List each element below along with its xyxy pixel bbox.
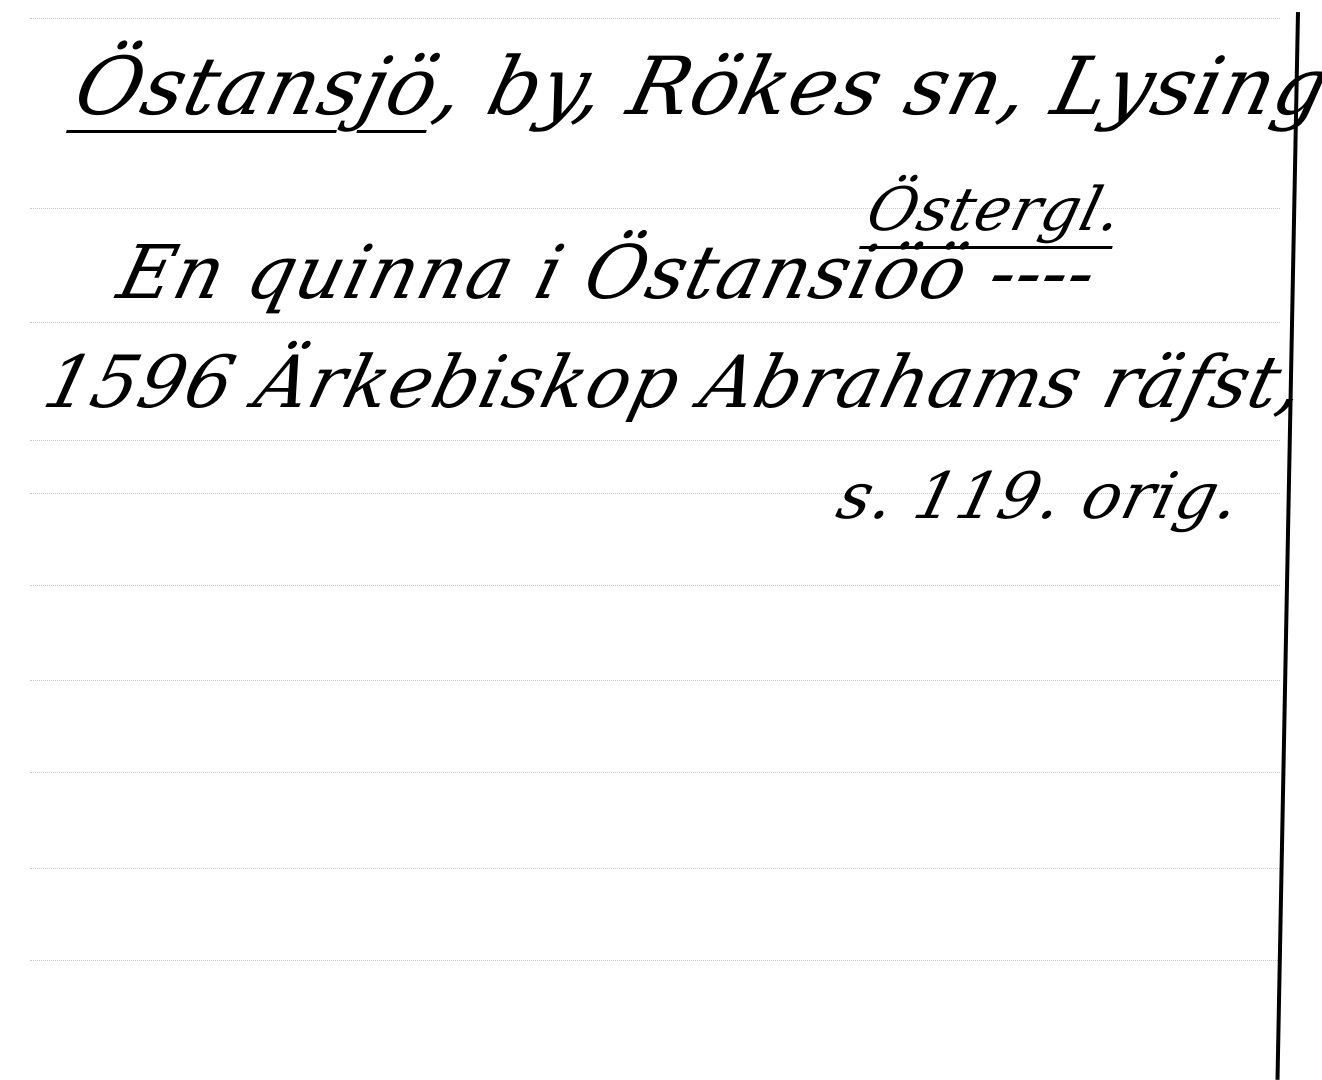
ruling-line	[30, 18, 1280, 19]
card-edge-line	[1275, 12, 1300, 1080]
source-line: 1596 Ärkebiskop Abrahams räfst,	[36, 340, 1314, 424]
ruling-line	[30, 680, 1280, 681]
headword: Östansjö	[66, 40, 449, 133]
ruling-line	[30, 440, 1280, 441]
ruling-line	[30, 960, 1280, 961]
source-year: 1596	[36, 340, 244, 424]
page-reference-line: s. 119. orig.	[830, 460, 1249, 534]
source-title: Ärkebiskop Abrahams räfst,	[247, 340, 1314, 424]
ruling-line	[30, 772, 1280, 773]
ruling-line	[30, 322, 1280, 323]
ruling-line	[30, 868, 1280, 869]
quotation-trailer: ----	[980, 230, 1105, 316]
ruling-line	[30, 585, 1280, 586]
entry-heading-line: Östansjö, by, Rökes sn, Lysingshd,	[66, 40, 1322, 133]
archive-card: Östansjö, by, Rökes sn, Lysingshd, Öster…	[0, 0, 1322, 1080]
quotation: En quinna i Östansiöö	[110, 230, 977, 316]
page-reference: s. 119. orig.	[830, 460, 1249, 534]
location-description: , by, Rökes sn, Lysingshd,	[426, 40, 1322, 133]
quotation-line: En quinna i Östansiöö ----	[110, 230, 1106, 316]
